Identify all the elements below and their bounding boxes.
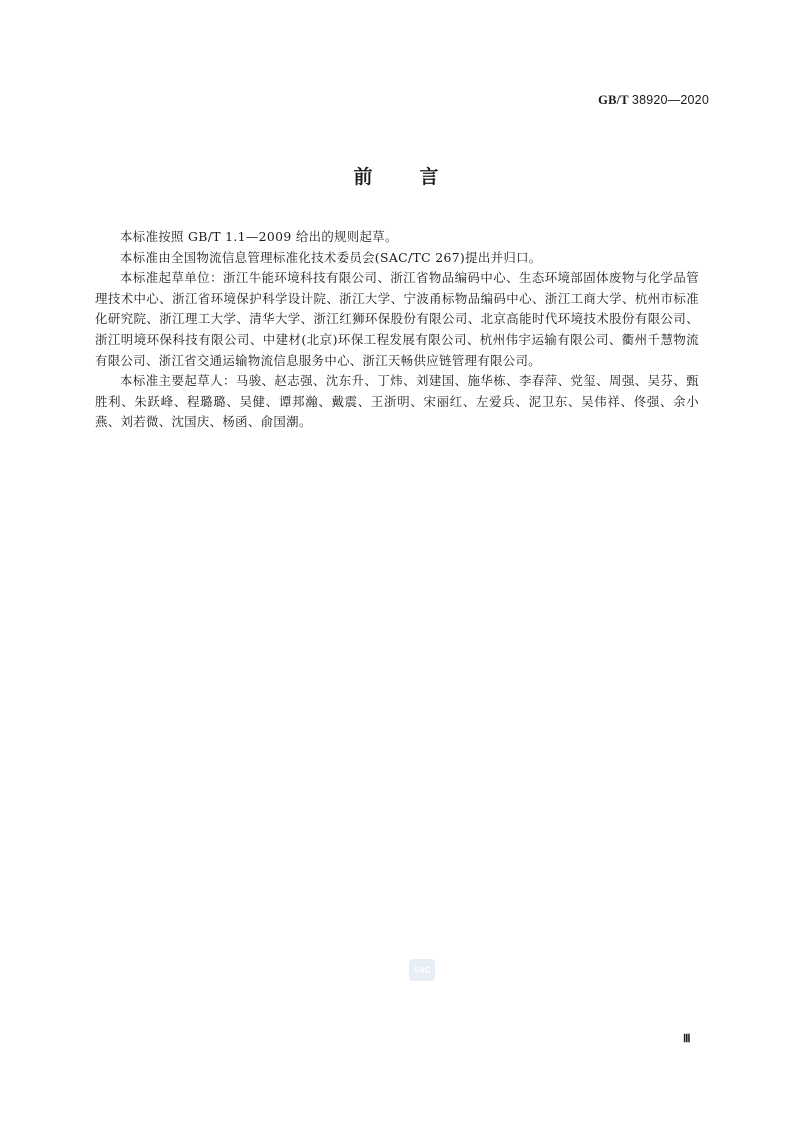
paragraph-drafting-rules: 本标准按照 GB/T 1.1—2009 给出的规则起草。 <box>95 227 699 248</box>
title-char-1: 前 <box>353 162 373 189</box>
sac-logo-icon: SAC <box>409 959 435 981</box>
paragraph-main-drafters: 本标准主要起草人：马骏、赵志强、沈东升、丁炜、刘建国、施华栋、李春萍、党玺、周强… <box>95 371 699 433</box>
title-char-2: 言 <box>420 162 440 189</box>
standard-code: GB/T 38920—2020 <box>598 93 709 108</box>
paragraph-proposing-committee: 本标准由全国物流信息管理标准化技术委员会(SAC/TC 267)提出并归口。 <box>95 248 699 269</box>
foreword-body: 本标准按照 GB/T 1.1—2009 给出的规则起草。 本标准由全国物流信息管… <box>95 227 699 433</box>
page-number: Ⅲ <box>683 1032 690 1045</box>
sac-logo-label: SAC <box>414 966 431 975</box>
standard-number: 38920—2020 <box>632 93 709 107</box>
standard-prefix: GB/T <box>598 93 628 107</box>
paragraph-drafting-organizations: 本标准起草单位：浙江牛能环境科技有限公司、浙江省物品编码中心、生态环境部固体废物… <box>95 268 699 371</box>
page-title: 前言 <box>0 162 793 189</box>
